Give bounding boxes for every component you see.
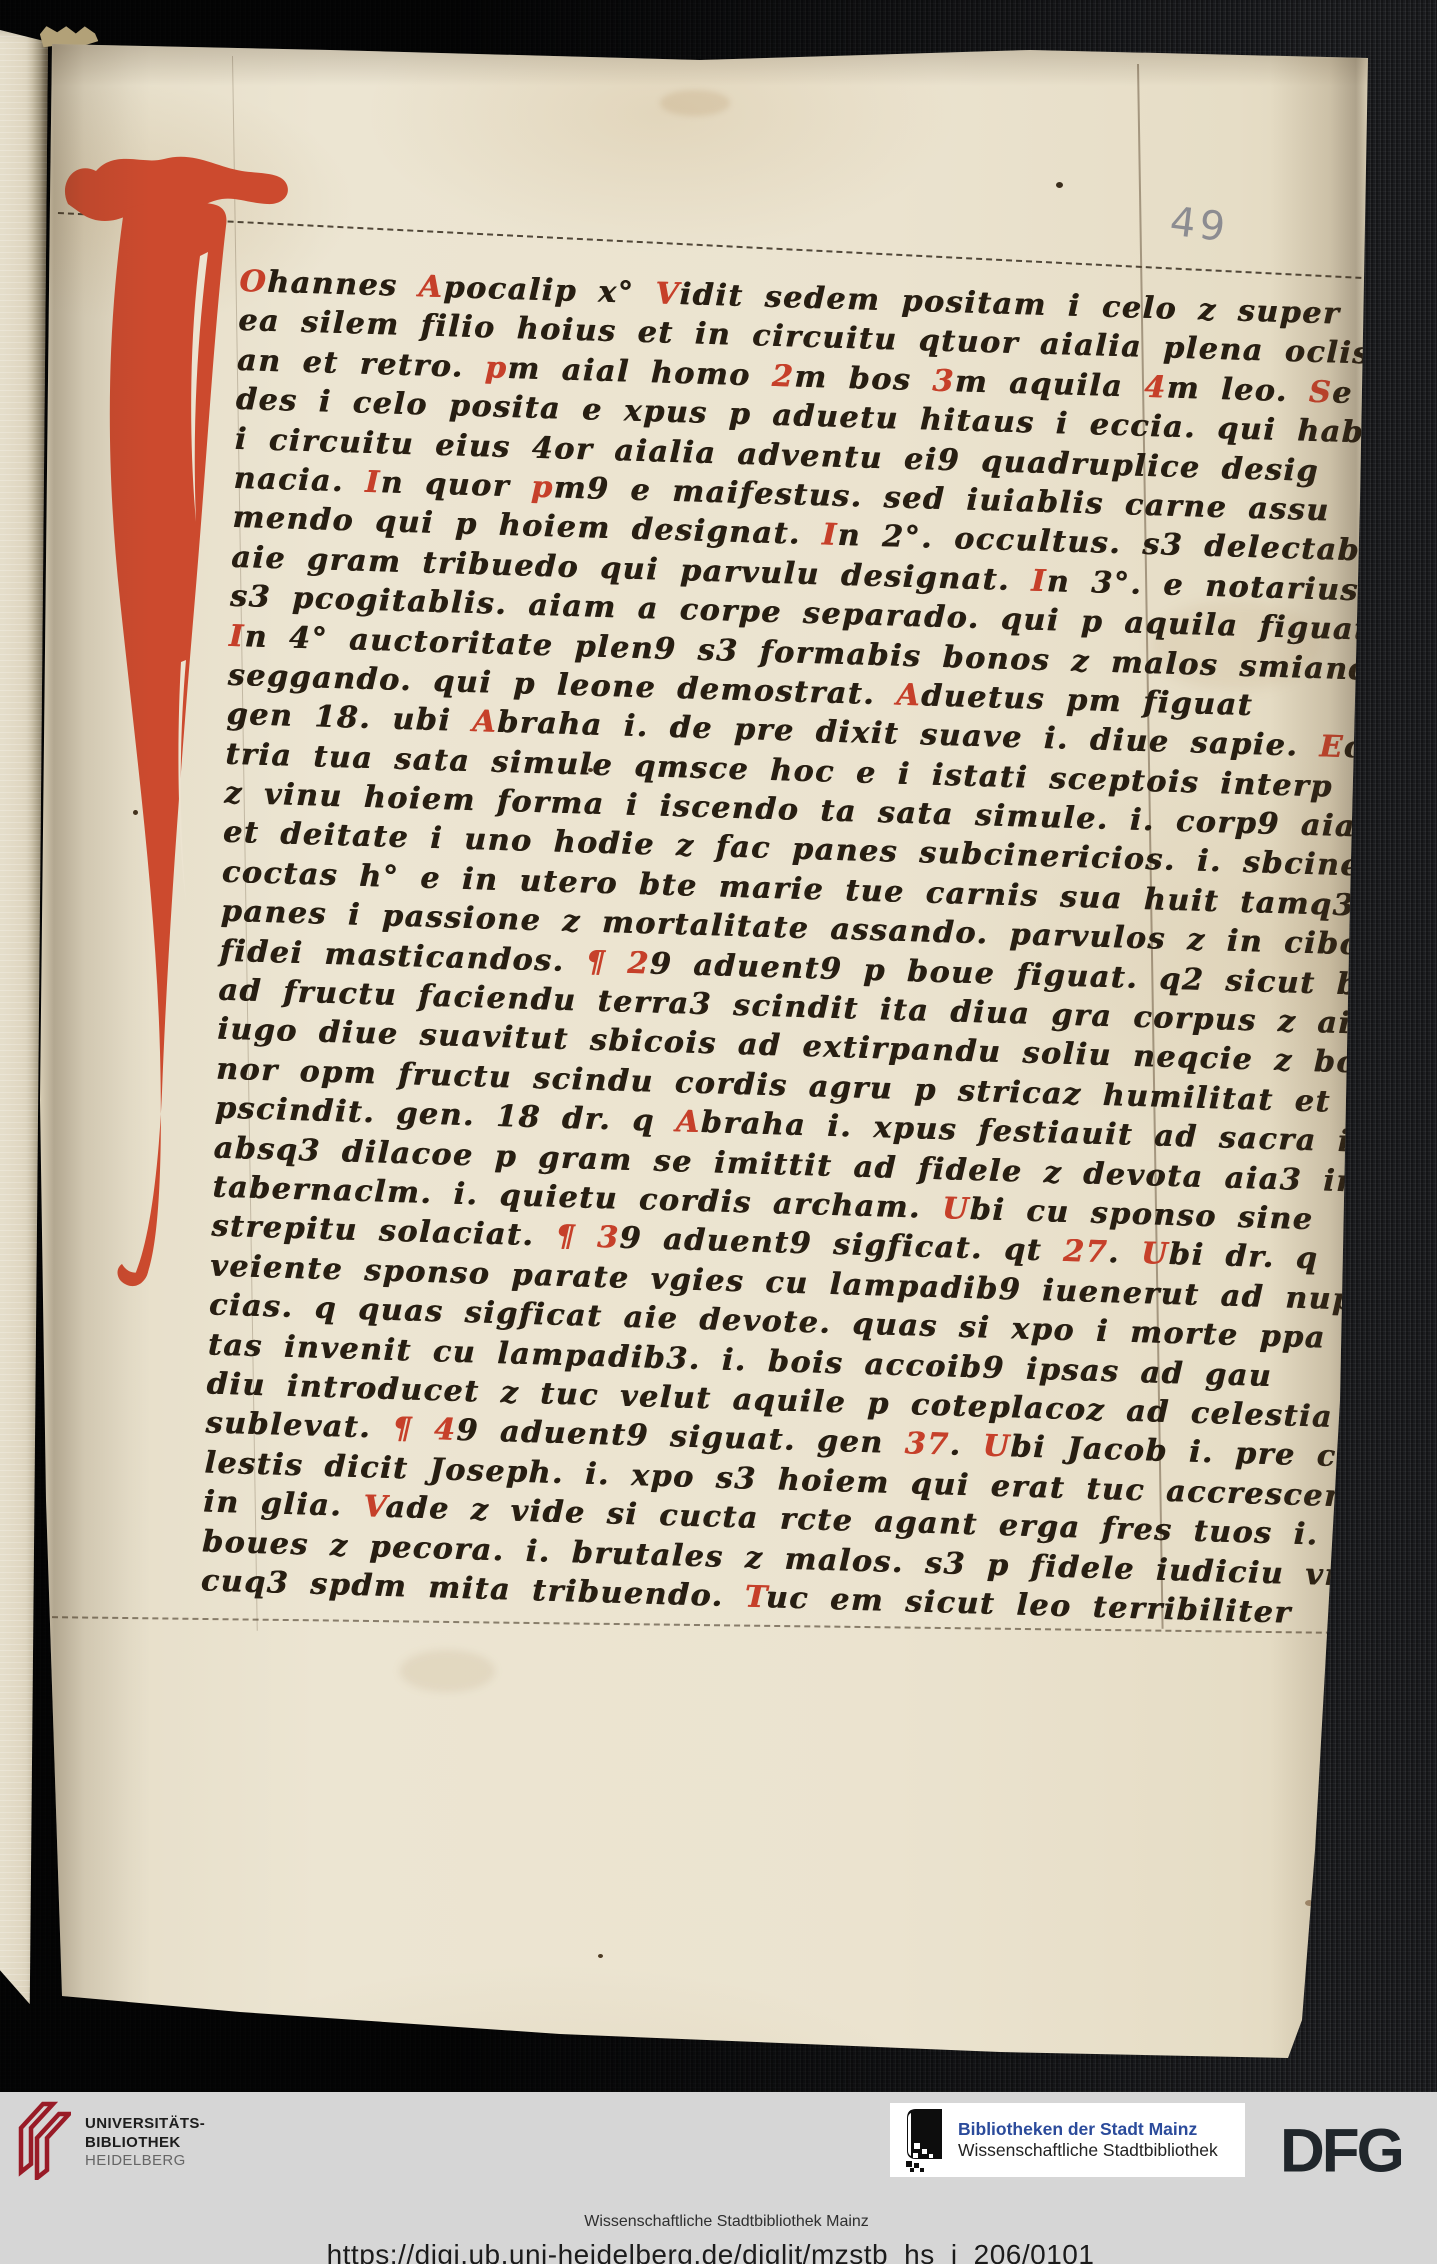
heidelberg-label-line1: UNIVERSITÄTS- [85,2115,205,2134]
stain [400,1650,495,1692]
heidelberg-label-line2: BIBLIOTHEK [85,2134,205,2153]
footer-caption: Wissenschaftliche Stadtbibliothek Mainz [584,2213,869,2231]
digitized-manuscript-photo: 49 Ohannes Apocalip x° Vidit sedem posit… [0,0,1437,2264]
heidelberg-logo-block: UNIVERSITÄTS- BIBLIOTHEK HEIDELBERG [17,2098,205,2180]
source-url: https://digi.ub.uni-heidelberg.de/diglit… [327,2239,1095,2264]
manuscript-text: Ohannes Apocalip x° Vidit sedem positam … [200,262,1399,1635]
mainz-subtitle: Wissenschaftliche Stadtbibliothek [958,2140,1218,2161]
footer-bar: UNIVERSITÄTS- BIBLIOTHEK HEIDELBERG Bib [0,2092,1437,2264]
dfg-logo: DFG [1280,2117,1402,2187]
mainz-title: Bibliotheken der Stadt Mainz [958,2119,1218,2140]
heidelberg-label-line3: HEIDELBERG [85,2152,205,2171]
mainz-book-icon [902,2107,948,2173]
stain [660,90,730,116]
ink-speck [598,1954,603,1958]
heidelberg-library-icon [17,2098,71,2180]
mainz-logo-block: Bibliotheken der Stadt Mainz Wissenschaf… [890,2103,1245,2177]
manuscript-page: 49 Ohannes Apocalip x° Vidit sedem posit… [0,0,1437,2264]
folio-number: 49 [1167,199,1231,252]
ink-speck [1056,182,1063,188]
